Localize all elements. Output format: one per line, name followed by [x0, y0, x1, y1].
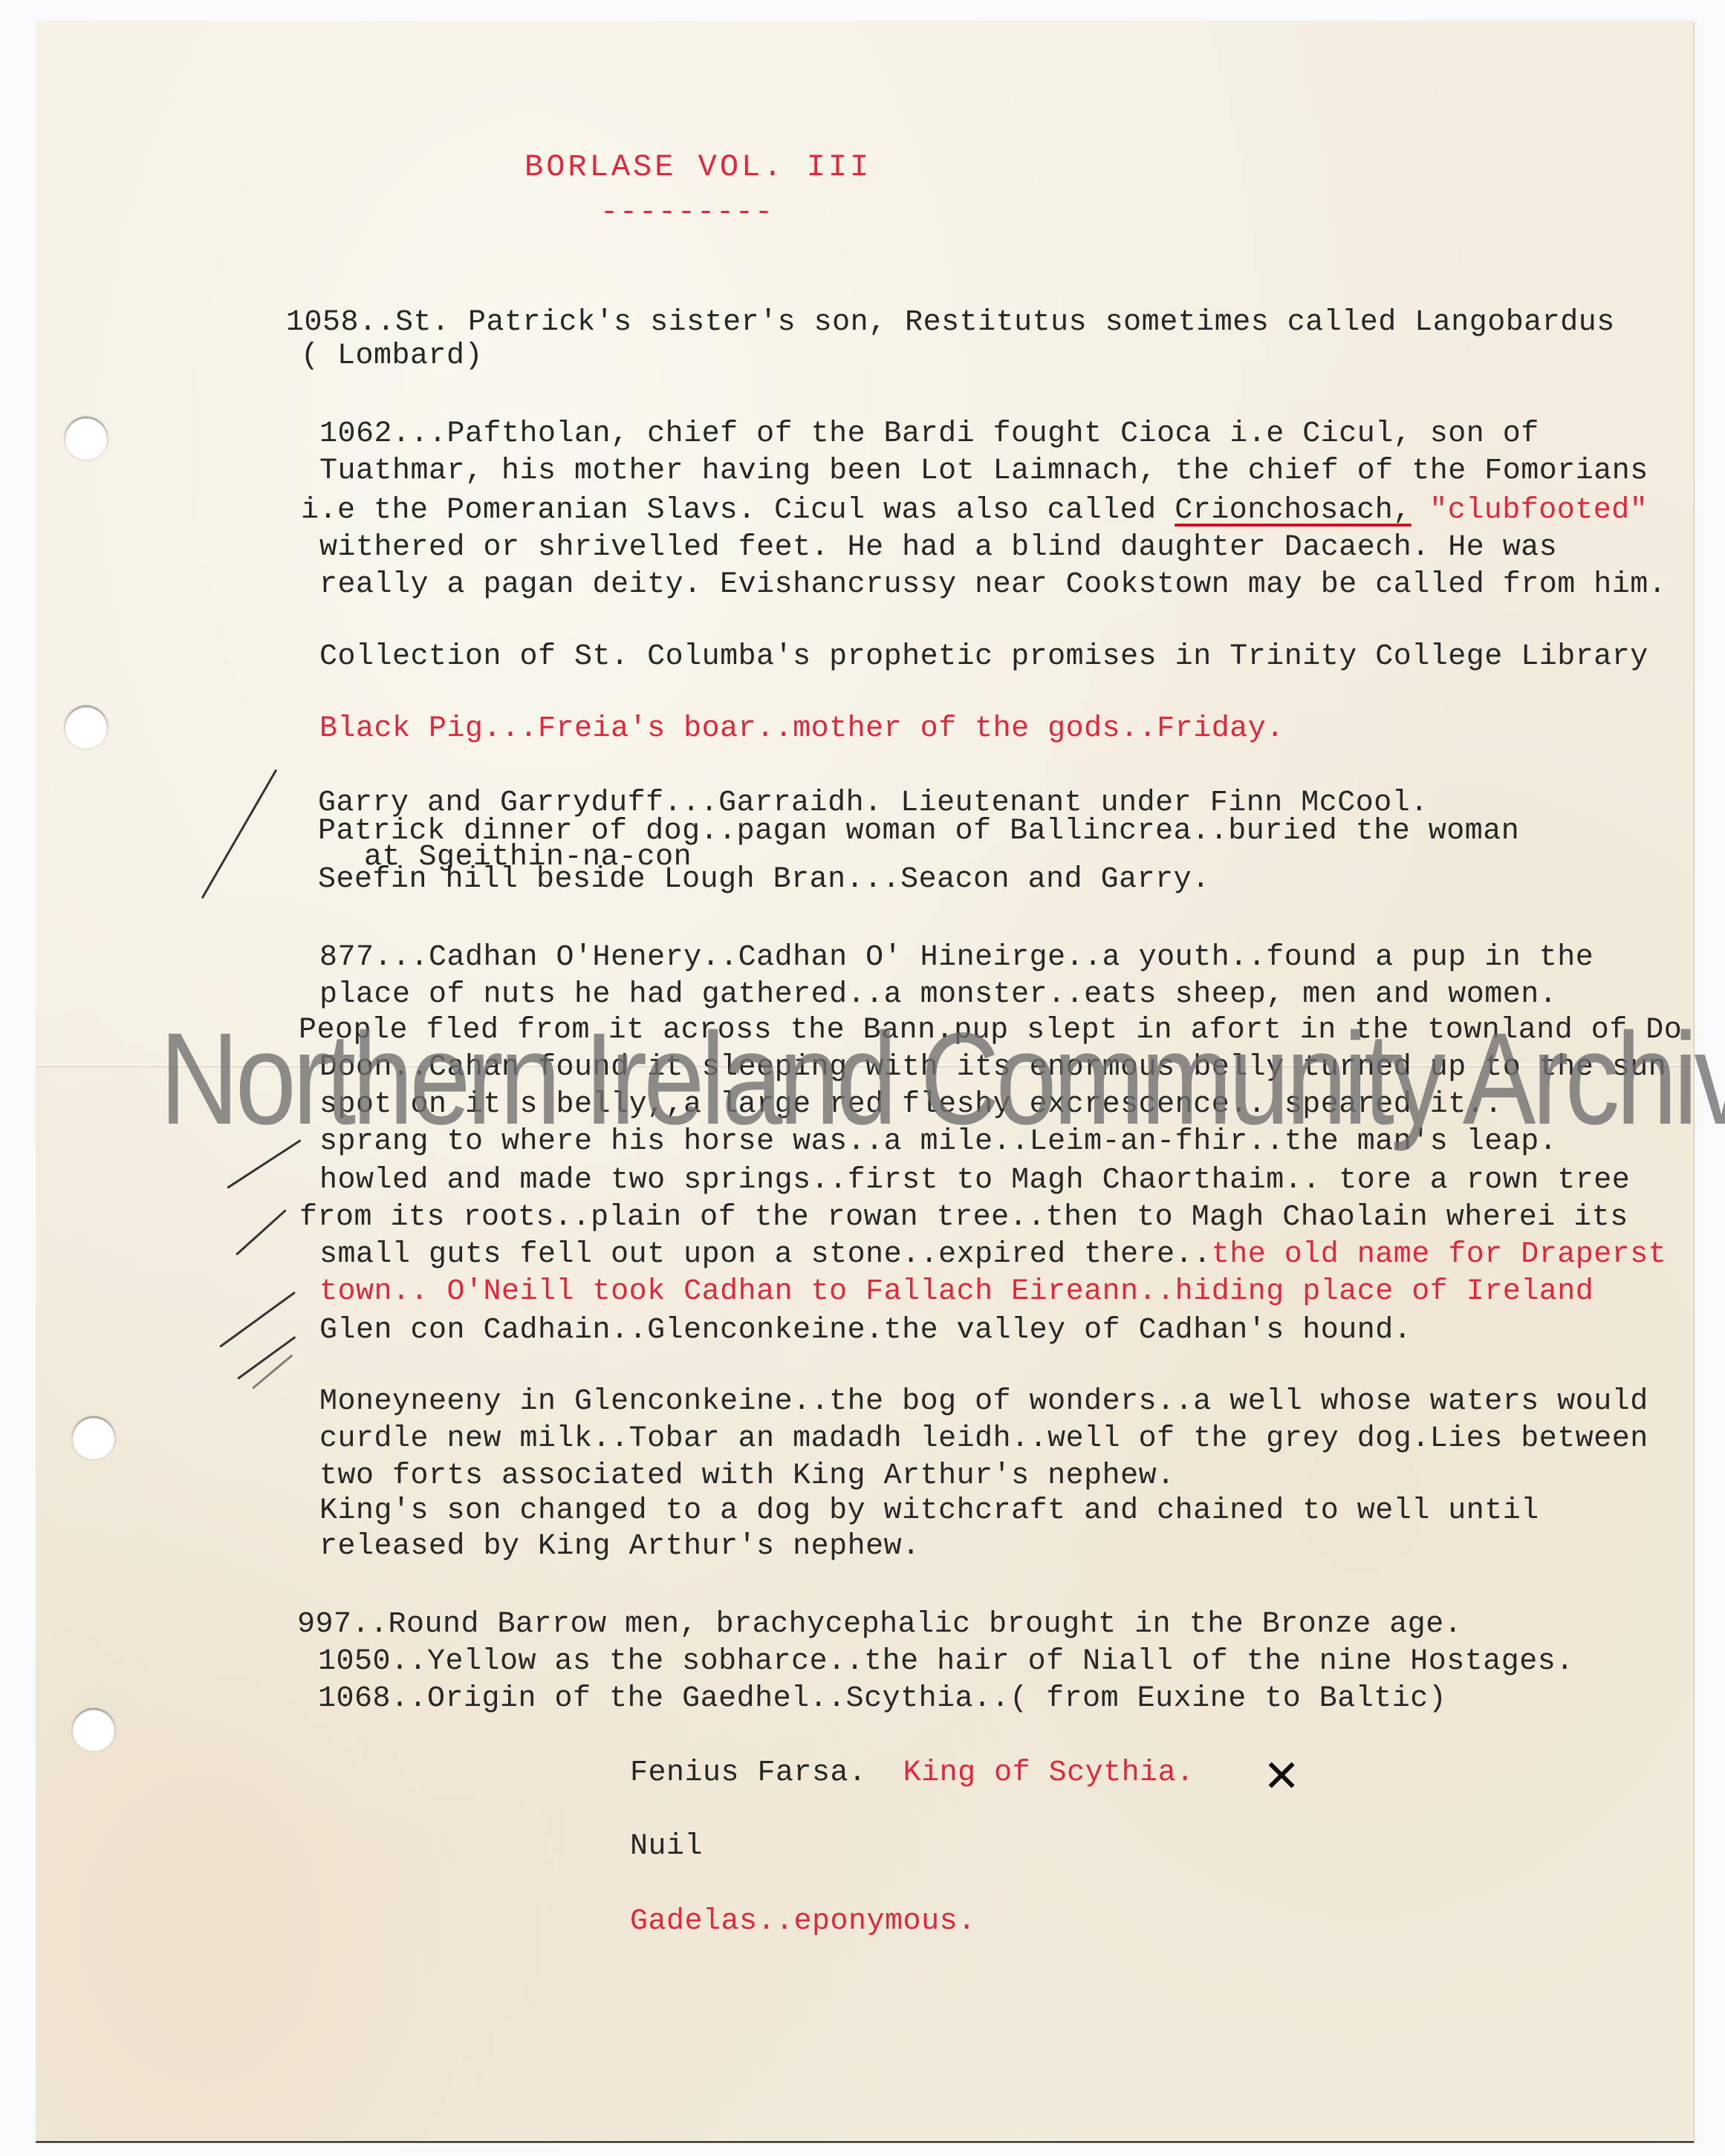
- red-annotation-king-of-scythia: King of Scythia.: [903, 1756, 1195, 1790]
- entry-1062-line-5: really a pagan deity. Evishancrussy near…: [319, 567, 1666, 604]
- entry-877-line-9-text: small guts fell out upon a stone..expire…: [319, 1238, 1212, 1271]
- genealogy-nuil: Nuil: [630, 1828, 703, 1866]
- fenius-farsa-text: Fenius Farsa.: [630, 1756, 867, 1790]
- entry-1050: 1050..Yellow as the sobharce..the hair o…: [318, 1644, 1574, 1681]
- moneyneeny-line-2: curdle new milk..Tobar an madadh leidh..…: [319, 1421, 1648, 1458]
- entry-1062-line-3: i.e the Pomeranian Slavs. Cicul was also…: [301, 492, 1648, 530]
- underlined-term-crionchosach: Crionchosach,: [1175, 494, 1411, 527]
- x-mark-icon: ✕: [1263, 1754, 1300, 1799]
- archive-watermark: Northern Ireland Community Archive: [160, 1014, 1725, 1144]
- entry-877-line-1: 877...Cadhan O'Henery..Cadhan O' Hineirg…: [319, 939, 1594, 977]
- moneyneeny-line-4: King's son changed to a dog by witchcraf…: [319, 1493, 1539, 1530]
- black-pig-note: Black Pig...Freia's boar..mother of the …: [319, 711, 1284, 748]
- moneyneeny-line-5: released by King Arthur's nephew.: [319, 1528, 920, 1566]
- entry-997: 997..Round Barrow men, brachycephalic br…: [297, 1606, 1462, 1644]
- entry-877-line-11: Glen con Cadhain..Glenconkeine.the valle…: [319, 1312, 1411, 1349]
- title-underline-rule: ---------: [600, 195, 774, 232]
- entry-877-line-10-red: town.. O'Neill took Cadhan to Fallach Ei…: [319, 1274, 1594, 1311]
- genealogy-gadelas: Gadelas..eponymous.: [630, 1903, 976, 1941]
- columba-note: Collection of St. Columba's prophetic pr…: [319, 639, 1648, 676]
- entry-1062-line-1: 1062...Paftholan, chief of the Bardi fou…: [319, 416, 1539, 453]
- red-annotation-draperstown: the old name for Draperst: [1212, 1238, 1667, 1271]
- entry-1058-line-1: 1058..St. Patrick's sister's son, Restit…: [286, 304, 1615, 342]
- entry-1062-line-3-text: i.e the Pomeranian Slavs. Cicul was also…: [301, 494, 1175, 527]
- moneyneeny-line-1: Moneyneeny in Glenconkeine..the bog of w…: [319, 1384, 1648, 1421]
- punch-hole: [65, 417, 108, 460]
- punch-hole: [65, 706, 108, 749]
- entry-1068: 1068..Origin of the Gaedhel..Scythia..( …: [318, 1681, 1446, 1718]
- entry-1062-line-2: Tuathmar, his mother having been Lot Lai…: [319, 453, 1648, 490]
- entry-877-line-8: from its roots..plain of the rowan tree.…: [299, 1199, 1628, 1237]
- red-annotation-clubfooted: "clubfooted": [1411, 494, 1648, 527]
- entry-1058-line-2: ( Lombard): [301, 338, 483, 375]
- moneyneeny-line-3: two forts associated with King Arthur's …: [319, 1458, 1175, 1495]
- garry-line-3: Seefin hill beside Lough Bran...Seacon a…: [318, 862, 1210, 899]
- entry-1062-line-4: withered or shrivelled feet. He had a bl…: [319, 530, 1557, 567]
- punch-hole: [72, 1708, 115, 1751]
- entry-877-line-9: small guts fell out upon a stone..expire…: [319, 1237, 1666, 1274]
- entry-877-line-7: howled and made two springs..first to Ma…: [319, 1162, 1630, 1199]
- page-title: BORLASE VOL. III: [524, 149, 871, 186]
- punch-hole: [72, 1416, 115, 1459]
- genealogy-fenius: Fenius Farsa. King of Scythia.: [630, 1755, 1195, 1792]
